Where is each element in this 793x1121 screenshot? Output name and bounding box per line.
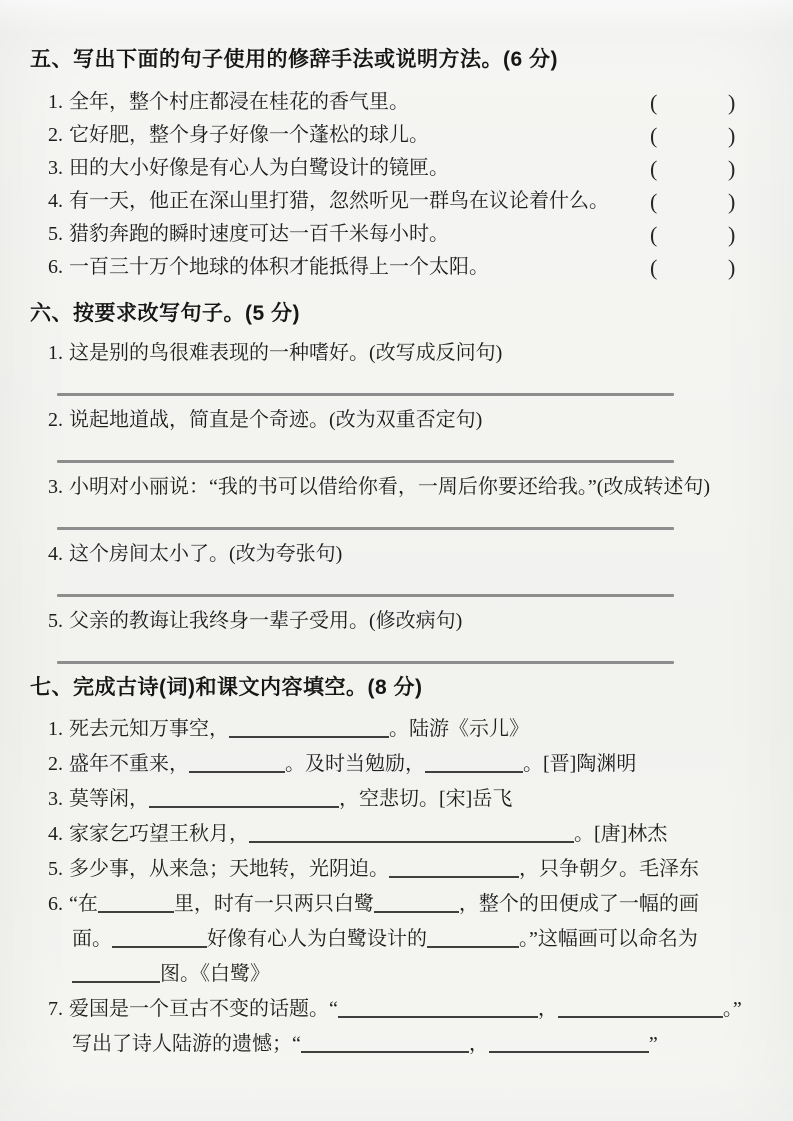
answer-paren-close: ) xyxy=(728,251,735,284)
fill-question-list: 1.死去元知万事空，。陆游《示儿》2.盛年不重来，。及时当勉励，。[晋]陶渊明3… xyxy=(30,712,769,1062)
question-number: 1. xyxy=(48,91,63,113)
answer-paren-open: ( xyxy=(650,218,657,251)
fill-blank xyxy=(112,931,207,948)
question-number: 3. xyxy=(48,476,63,498)
answer-write-line xyxy=(57,393,674,396)
section-sentence-rewrite: 六、按要求改写句子。(5 分) 1.这是别的鸟很难表现的一种嗜好。(改写成反问句… xyxy=(30,300,769,664)
question-text: ， xyxy=(538,998,558,1020)
fill-blank xyxy=(558,1001,723,1018)
fill-blank xyxy=(72,966,160,983)
fill-blank xyxy=(149,791,339,808)
question-text: 家家乞巧望王秋月， xyxy=(69,823,249,845)
fill-question-line: 面。好像有心人为白鹭设计的。”这幅画可以命名为 xyxy=(72,922,769,957)
question-text: 里，时有一只两只白鹭 xyxy=(174,893,374,915)
rhetoric-question-row: 2.它好肥，整个身子好像一个蓬松的球儿。() xyxy=(48,119,769,152)
question-line: 5.父亲的教诲让我终身一辈子受用。(修改病句) xyxy=(48,606,769,636)
section-poem-fill: 七、完成古诗(词)和课文内容填空。(8 分) 1.死去元知万事空，。陆游《示儿》… xyxy=(30,674,769,1062)
question-text: “在 xyxy=(69,893,98,915)
fill-question-line: 5.多少事，从来急；天地转，光阴迫。，只争朝夕。毛泽东 xyxy=(48,852,769,887)
question-number: 1. xyxy=(48,718,63,740)
fill-blank xyxy=(189,756,285,773)
section-six-heading: 六、按要求改写句子。(5 分) xyxy=(30,300,769,328)
question-text: 父亲的教诲让我终身一辈子受用。(修改病句) xyxy=(69,610,462,632)
question-number: 3. xyxy=(48,157,63,179)
question-number: 1. xyxy=(48,342,63,364)
rewrite-question-list: 1.这是别的鸟很难表现的一种嗜好。(改写成反问句)2.说起地道战，简直是个奇迹。… xyxy=(30,338,769,664)
fill-blank xyxy=(249,826,574,843)
fill-blank xyxy=(229,721,389,738)
question-text: ， xyxy=(469,1033,489,1055)
question-number: 2. xyxy=(48,124,63,146)
question-number: 4. xyxy=(48,190,63,212)
question-number: 2. xyxy=(48,753,63,775)
answer-paren-open: ( xyxy=(650,185,657,218)
question-text: ” xyxy=(649,1033,658,1055)
question-text: 田的大小好像是有心人为白鹭设计的镜匣。 xyxy=(69,157,449,179)
question-text: 多少事，从来急；天地转，光阴迫。 xyxy=(69,858,389,880)
answer-paren-close: ) xyxy=(728,185,735,218)
question-number: 5. xyxy=(48,610,63,632)
question-text: 一百三十万个地球的体积才能抵得上一个太阳。 xyxy=(69,256,489,278)
question-line: 4.这个房间太小了。(改为夸张句) xyxy=(48,539,769,569)
fill-question-line: 6.“在里，时有一只两只白鹭，整个的田便成了一幅的画 xyxy=(48,887,769,922)
fill-blank xyxy=(98,896,174,913)
answer-write-line xyxy=(57,460,674,463)
fill-blank xyxy=(425,756,523,773)
answer-paren-open: ( xyxy=(650,152,657,185)
question-text: 盛年不重来， xyxy=(69,753,189,775)
question-number: 4. xyxy=(48,823,63,845)
fill-blank xyxy=(427,931,519,948)
answer-paren-close: ) xyxy=(728,218,735,251)
rewrite-question: 3.小明对小丽说：“我的书可以借给你看，一周后你要还给我。”(改成转述句) xyxy=(30,472,769,530)
question-text: 面。 xyxy=(72,928,112,950)
question-text: 死去元知万事空， xyxy=(69,718,229,740)
rhetoric-question-row: 4.有一天，他正在深山里打猎，忽然听见一群鸟在议论着什么。() xyxy=(48,185,769,218)
fill-blank xyxy=(338,1001,538,1018)
question-text: 写出了诗人陆游的遗憾；“ xyxy=(72,1033,301,1055)
question-text: 。[晋]陶渊明 xyxy=(523,753,636,775)
question-text: 它好肥，整个身子好像一个蓬松的球儿。 xyxy=(69,124,429,146)
question-number: 6. xyxy=(48,893,63,915)
question-number: 2. xyxy=(48,409,63,431)
question-text: ，整个的田便成了一幅的画 xyxy=(459,893,699,915)
fill-question-line: 7.爱国是一个亘古不变的话题。“，。” xyxy=(48,992,769,1027)
question-text: 小明对小丽说：“我的书可以借给你看，一周后你要还给我。”(改成转述句) xyxy=(69,476,710,498)
question-text: 猎豹奔跑的瞬时速度可达一百千米每小时。 xyxy=(69,223,449,245)
rewrite-question: 1.这是别的鸟很难表现的一种嗜好。(改写成反问句) xyxy=(30,338,769,396)
question-line: 1.这是别的鸟很难表现的一种嗜好。(改写成反问句) xyxy=(48,338,769,368)
answer-write-line xyxy=(57,527,674,530)
fill-blank xyxy=(389,861,519,878)
answer-paren-open: ( xyxy=(650,86,657,119)
question-text: 这是别的鸟很难表现的一种嗜好。(改写成反问句) xyxy=(69,342,502,364)
rewrite-question: 4.这个房间太小了。(改为夸张句) xyxy=(30,539,769,597)
fill-blank xyxy=(374,896,459,913)
question-text: 。[唐]林杰 xyxy=(574,823,667,845)
question-text: 。”这幅画可以命名为 xyxy=(519,928,698,950)
question-text: 莫等闲， xyxy=(69,788,149,810)
rewrite-question: 2.说起地道战，简直是个奇迹。(改为双重否定句) xyxy=(30,405,769,463)
question-number: 4. xyxy=(48,543,63,565)
rhetoric-question-list: 1.全年，整个村庄都浸在桂花的香气里。()2.它好肥，整个身子好像一个蓬松的球儿… xyxy=(48,86,769,284)
fill-question-line: 3.莫等闲，，空悲切。[宋]岳飞 xyxy=(48,782,769,817)
fill-blank xyxy=(489,1036,649,1053)
question-text: ，只争朝夕。毛泽东 xyxy=(519,858,699,880)
question-text: 图。《白鹭》 xyxy=(160,963,270,985)
question-number: 5. xyxy=(48,223,63,245)
rhetoric-question-row: 3.田的大小好像是有心人为白鹭设计的镜匣。() xyxy=(48,152,769,185)
question-line: 2.说起地道战，简直是个奇迹。(改为双重否定句) xyxy=(48,405,769,435)
answer-paren-close: ) xyxy=(728,86,735,119)
rhetoric-question-row: 6.一百三十万个地球的体积才能抵得上一个太阳。() xyxy=(48,251,769,284)
answer-paren-open: ( xyxy=(650,251,657,284)
answer-paren-open: ( xyxy=(650,119,657,152)
question-text: 这个房间太小了。(改为夸张句) xyxy=(69,543,342,565)
question-text: 有一天，他正在深山里打猎，忽然听见一群鸟在议论着什么。 xyxy=(69,190,609,212)
fill-question-line: 2.盛年不重来，。及时当勉励，。[晋]陶渊明 xyxy=(48,747,769,782)
answer-paren-close: ) xyxy=(728,119,735,152)
rewrite-question: 5.父亲的教诲让我终身一辈子受用。(修改病句) xyxy=(30,606,769,664)
question-number: 6. xyxy=(48,256,63,278)
fill-question-line: 4.家家乞巧望王秋月，。[唐]林杰 xyxy=(48,817,769,852)
question-text: 。” xyxy=(723,998,742,1020)
fill-blank xyxy=(301,1036,469,1053)
answer-paren-close: ) xyxy=(728,152,735,185)
fill-question-line: 图。《白鹭》 xyxy=(72,957,769,992)
question-text: 爱国是一个亘古不变的话题。“ xyxy=(69,998,338,1020)
question-number: 3. xyxy=(48,788,63,810)
question-text: ，空悲切。[宋]岳飞 xyxy=(339,788,512,810)
section-seven-heading: 七、完成古诗(词)和课文内容填空。(8 分) xyxy=(30,674,769,702)
answer-write-line xyxy=(57,594,674,597)
rhetoric-question-row: 1.全年，整个村庄都浸在桂花的香气里。() xyxy=(48,86,769,119)
question-line: 3.小明对小丽说：“我的书可以借给你看，一周后你要还给我。”(改成转述句) xyxy=(48,472,769,502)
question-text: 说起地道战，简直是个奇迹。(改为双重否定句) xyxy=(69,409,482,431)
question-text: 全年，整个村庄都浸在桂花的香气里。 xyxy=(69,91,409,113)
test-paper-page: 五、写出下面的句子使用的修辞手法或说明方法。(6 分) 1.全年，整个村庄都浸在… xyxy=(0,0,793,1121)
question-number: 7. xyxy=(48,998,63,1020)
rhetoric-question-row: 5.猎豹奔跑的瞬时速度可达一百千米每小时。() xyxy=(48,218,769,251)
section-five-heading: 五、写出下面的句子使用的修辞手法或说明方法。(6 分) xyxy=(30,46,769,74)
question-text: 。陆游《示儿》 xyxy=(389,718,529,740)
fill-question-line: 1.死去元知万事空，。陆游《示儿》 xyxy=(48,712,769,747)
question-text: 好像有心人为白鹭设计的 xyxy=(207,928,427,950)
question-text: 。及时当勉励， xyxy=(285,753,425,775)
answer-write-line xyxy=(57,661,674,664)
section-rhetoric: 五、写出下面的句子使用的修辞手法或说明方法。(6 分) 1.全年，整个村庄都浸在… xyxy=(30,46,769,284)
question-number: 5. xyxy=(48,858,63,880)
fill-question-line: 写出了诗人陆游的遗憾；“，” xyxy=(72,1027,769,1062)
